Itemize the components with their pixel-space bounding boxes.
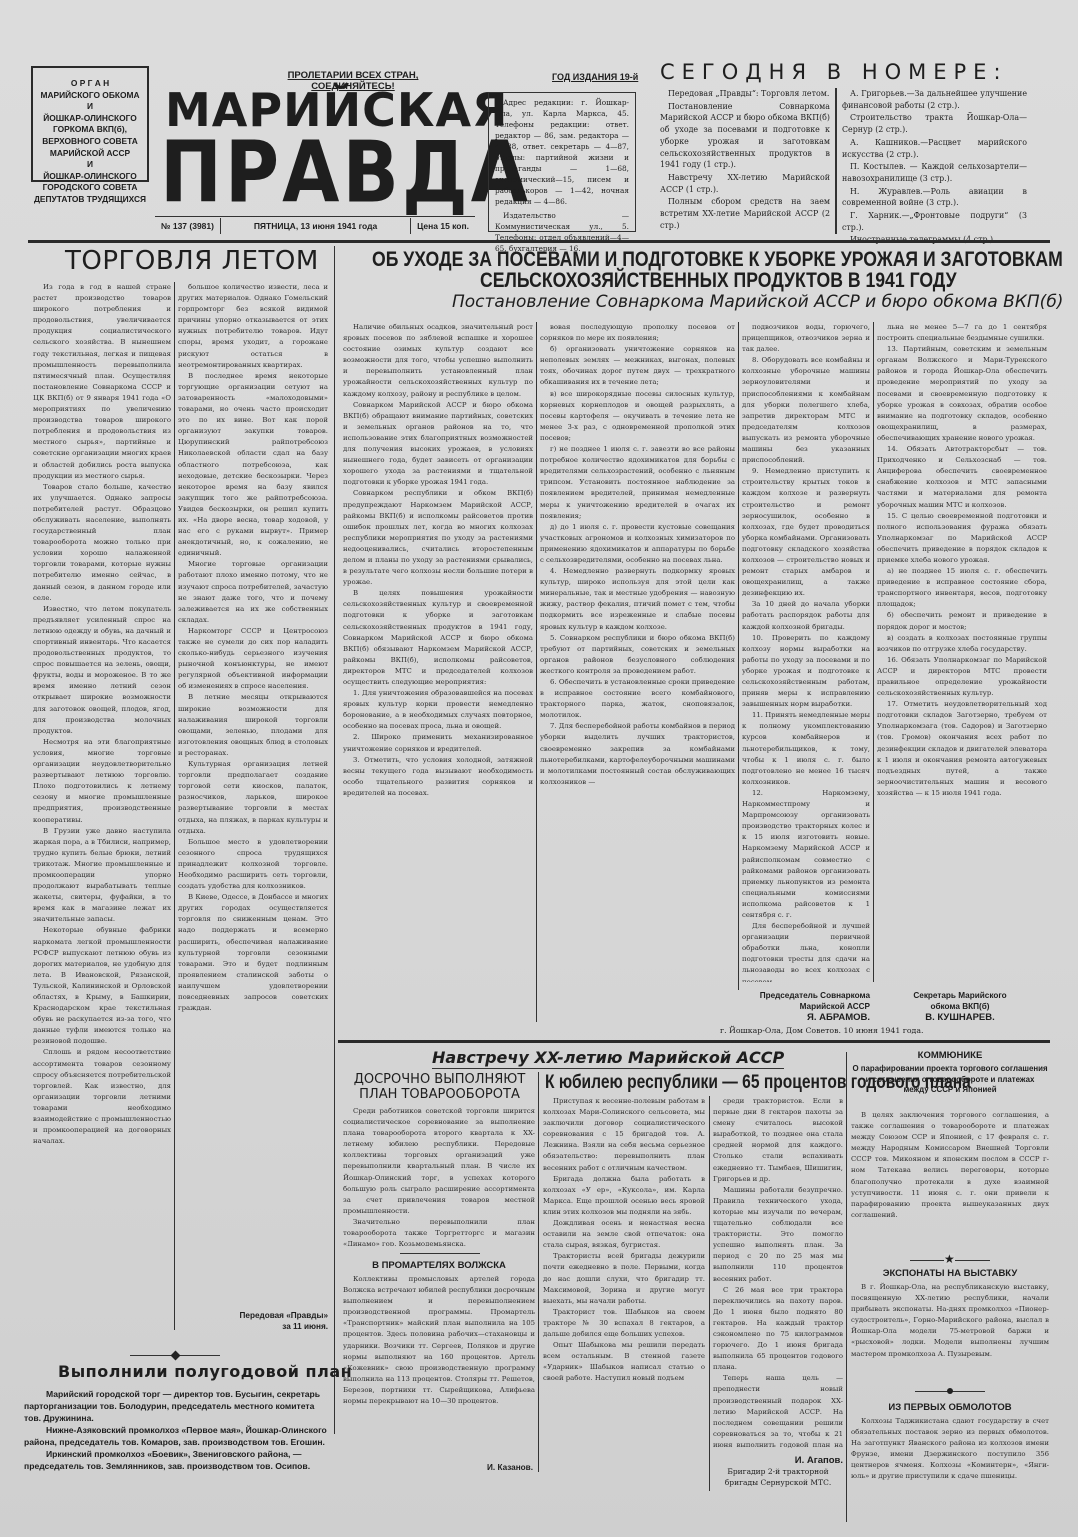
editorial-source: Передовая «Правды» за 11 июня. [200, 1310, 328, 1332]
article1-author: И. Казанов. [343, 1462, 533, 1473]
paragraph: 9. Немедленно приступить к строительству… [742, 466, 870, 599]
paragraph: Г. Харник.—„Фронтовые подруги“ (3 стр.). [842, 210, 1027, 233]
paragraph: 1. Для уничтожения образовавшейся на пос… [343, 688, 533, 732]
organ-line: ЙОШКАР-ОЛИНСКОГО [33, 113, 147, 125]
paragraph: Бригада должна была работать в колхозах … [543, 1174, 705, 1218]
paragraph: подвозчиков воды, горючего, прицепщиков,… [742, 322, 870, 355]
issue-row: № 137 (3981) ПЯТНИЦА, 13 июня 1941 года … [155, 216, 475, 235]
half-year-headline: Выполнили полугодовой план [58, 1362, 352, 1381]
today-list-left: Передовая „Правды“: Торговля летом.Поста… [660, 88, 830, 232]
communique-body: В целях заключения торгового соглашения,… [851, 1110, 1049, 1248]
signature-name: Я. АБРАМОВ. [740, 1012, 870, 1023]
issue-date: ПЯТНИЦА, 13 июня 1941 года [221, 221, 410, 231]
paragraph: Товаров стало больше, качество их улучша… [33, 482, 171, 604]
paragraph: г) не позднее 1 июля с. г. завезти во вс… [540, 444, 735, 522]
divider [334, 246, 335, 1434]
paragraph: 11. Принять немедленные меры к полному у… [742, 710, 870, 788]
half-year-item: Марийский городской торг — директор тов.… [24, 1388, 329, 1424]
paragraph: 17. Отметить неудовлетворительный ход по… [877, 699, 1047, 799]
year-of-publication: ГОД ИЗДАНИЯ 19-й [552, 72, 638, 82]
communique-label: КОММЮНИКЕ [850, 1050, 1050, 1061]
organ-line: И [33, 159, 147, 171]
paragraph: Постановление Совнаркома Марийской АССР … [660, 101, 830, 171]
paragraph: П. Костылев. — Каждой сельхозартели—наво… [842, 161, 1027, 184]
today-list-right: А. Григорьев.—За дальнейшее улучшение фи… [842, 88, 1027, 247]
paragraph: 3. Отметить, что условия холодной, затяж… [343, 755, 533, 799]
organ-line: ДЕПУТАТОВ ТРУДЯЩИХСЯ [33, 194, 147, 206]
ornament [915, 1391, 985, 1392]
paragraph: В Киеве, Одессе, в Донбассе и многих дру… [178, 892, 328, 1014]
paragraph: б) организовать уничтожение сорняков на … [540, 344, 735, 388]
paragraph: Культурная организация летней торговли п… [178, 759, 328, 837]
half-year-list: Марийский городской торг — директор тов.… [24, 1388, 329, 1472]
source-date: за 11 июня. [200, 1321, 328, 1332]
article2-col2: среди трактористов. Если в первые дни 8 … [713, 1096, 843, 1451]
ornament [130, 1355, 220, 1356]
signature-org: обкома ВКП(б) [900, 1001, 1020, 1012]
paragraph: 5. Совнарком республики и бюро обкома ВК… [540, 633, 735, 677]
organ-line: ГОРОДСКОГО СОВЕТА [33, 182, 147, 194]
resolution-col2: вовая последующую прополку посевов от со… [540, 322, 735, 1022]
organ-line: ЙОШКАР-ОЛИНСКОГО [33, 171, 147, 183]
paragraph: среди трактористов. Если в первые дни 8 … [713, 1096, 843, 1185]
paragraph: Н. Журавлев.—Роль авиации в современной … [842, 186, 1027, 209]
star-ornament: ★ [910, 1255, 990, 1261]
paragraph: 10. Проверить по каждому колхозу нормы в… [742, 633, 870, 711]
paragraph: 8. Оборудовать все комбайны и колхозные … [742, 355, 870, 466]
paragraph: Наркомторг СССР и Центросоюз также не су… [178, 626, 328, 693]
article2-col1: Приступая к весенне-полевым работам в ко… [543, 1096, 705, 1491]
paragraph: Для бесперебойной и лучшей организации п… [742, 921, 870, 982]
paragraph: Известно, что летом покупатель предъявля… [33, 604, 171, 737]
divider [835, 88, 837, 234]
paragraph: 16. Обязать Уполнаркомзаг по Марийской А… [877, 655, 1047, 699]
paragraph: 2. Широко применить механизированное уни… [343, 732, 533, 754]
resolution-col3: подвозчиков воды, горючего, прицепщиков,… [742, 322, 870, 982]
paragraph: А. Григорьев.—За дальнейшее улучшение фи… [842, 88, 1027, 111]
paragraph: Сплошь и рядом несоответствие ассортимен… [33, 1047, 171, 1147]
paragraph: 14. Обязать Автотракторсбыт — тов. Прихо… [877, 444, 1047, 511]
paragraph: Коллективы промысловых артелей города Во… [343, 1274, 535, 1407]
organ-line: ВЕРХОВНОГО СОВЕТА [33, 136, 147, 148]
exhibition-body: В г. Йошкар-Ола, на республиканскую выст… [851, 1282, 1049, 1386]
signature-secretary: Секретарь Марийского обкома ВКП(б) В. КУ… [900, 990, 1020, 1023]
paragraph: 13. Партийным, советским и земельным орг… [877, 344, 1047, 444]
exhibition-headline: ЭКСПОНАТЫ НА ВЫСТАВКУ [850, 1268, 1050, 1279]
newspaper-title-line2: ПРАВДА [160, 130, 465, 215]
newspaper-page: О Р Г А НМАРИЙСКОГО ОБКОМАИЙОШКАР-ОЛИНСК… [0, 0, 1078, 1537]
editorial-col1: Из года в год в нашей стране растет прои… [33, 282, 171, 1332]
divider [873, 322, 874, 982]
address-text: Адрес редакции: г. Йошкар-Ола, ул. Карла… [495, 97, 629, 207]
divider [536, 322, 537, 1022]
organ-line: МАРИЙСКОГО ОБКОМА [33, 90, 147, 102]
paragraph: В летние месяцы открываются широкие возм… [178, 692, 328, 759]
divider [538, 1072, 539, 1472]
organ-line: ГОРКОМА ВКП(б), [33, 124, 147, 136]
organ-box: О Р Г А НМАРИЙСКОГО ОБКОМАИЙОШКАР-ОЛИНСК… [31, 66, 149, 182]
section-rule [338, 1040, 1050, 1043]
paragraph: Многие торговые организации работают пло… [178, 559, 328, 626]
today-in-issue-title: СЕГОДНЯ В НОМЕРЕ: [660, 60, 1008, 84]
editorial-address: Адрес редакции: г. Йошкар-Ола, ул. Карла… [488, 92, 636, 232]
paragraph: в) все широкорядные посевы силосных куль… [540, 389, 735, 444]
paragraph: Из года в год в нашей стране растет прои… [33, 282, 171, 482]
signature-title: Секретарь Марийского [900, 990, 1020, 1001]
paragraph: 7. Для бесперебойной работы комбайнов в … [540, 721, 735, 788]
paragraph: а) не позднее 15 июля с. г. обеспечить п… [877, 566, 1047, 610]
divider [174, 282, 175, 1330]
issue-price: Цена 15 коп. [411, 221, 475, 231]
paragraph: Навстречу XX-летию Марийской АССР (1 стр… [660, 172, 830, 195]
paragraph: В Грузии уже давно наступила жаркая пора… [33, 826, 171, 926]
paragraph: Значительно перевыполнили план товарообо… [343, 1217, 535, 1246]
paragraph: 15. С целью своевременной подготовки и п… [877, 511, 1047, 566]
organ-line: О Р Г А Н [33, 78, 147, 90]
paragraph: Трактористы всей бригады дежурили почти … [543, 1251, 705, 1306]
paragraph: 12. Наркомзему, Наркомместпрому и Марпро… [742, 788, 870, 921]
paragraph: льна не менее 5—7 га до 1 сентября постр… [877, 322, 1047, 344]
paragraph: Машины работали безупречно. Правила техн… [713, 1185, 843, 1285]
communique-headline: О парафировании проекта торгового соглаш… [852, 1064, 1048, 1096]
resolution-col4: льна не менее 5—7 га до 1 сентября постр… [877, 322, 1047, 982]
exhibition-text: В г. Йошкар-Ола, на республиканскую выст… [851, 1282, 1049, 1360]
paragraph: Приступая к весенне-полевым работам в ко… [543, 1096, 705, 1174]
paragraph: Теперь наша цель — преподнести новый про… [713, 1373, 843, 1451]
resolution-headline-2: СЕЛЬСКОХОЗЯЙСТВЕННЫХ ПРОДУКТОВ В 1941 ГО… [480, 268, 957, 293]
paragraph: Большое место в удовлетворении сезонного… [178, 837, 328, 892]
editorial-col2: большое количество извести, леса и други… [178, 282, 328, 1302]
paragraph: 6. Обеспечить в установленные сроки прив… [540, 677, 735, 721]
organ-line: И [33, 101, 147, 113]
resolution-col1: Наличие обильных осадков, значительный р… [343, 322, 533, 1022]
threshing-headline: ИЗ ПЕРВЫХ ОБМОЛОТОВ [850, 1402, 1050, 1413]
place-date: г. Йошкар-Ола, Дом Советов. 10 июня 1941… [720, 1026, 923, 1035]
paragraph: 4. Немедленно развернуть подкормку яровы… [540, 566, 735, 633]
signature-title: Председатель Совнаркома [740, 990, 870, 1001]
article1-sub-headline: В ПРОМАРТЕЛЯХ ВОЛЖСКА [343, 1260, 535, 1271]
paragraph: Строительство тракта Йошкар-Ола—Сернур (… [842, 112, 1027, 135]
issue-number: № 137 (3981) [155, 221, 220, 231]
author-name: И. Агапов. [713, 1455, 843, 1466]
paragraph: вовая последующую прополку посевов от со… [540, 322, 735, 344]
resolution-subtitle: Постановление Совнаркома Марийской АССР … [452, 292, 1063, 312]
paragraph: Тракторист тов. Шабыков на своем трактор… [543, 1307, 705, 1340]
ornament [400, 1253, 480, 1254]
paragraph: Совнарком Марийской АССР и бюро обкома В… [343, 400, 533, 489]
paragraph: А. Кашников.—Расцвет марийского искусств… [842, 137, 1027, 160]
half-year-item: Иркинский промколхоз «Боевик», Звениговс… [24, 1448, 329, 1472]
author-role: Бригадир 2-й тракторной бригады Сернурск… [713, 1466, 843, 1488]
star-icon: ★ [944, 1253, 955, 1265]
paragraph: д) до 1 июля с. г. провести кустовые сов… [540, 522, 735, 566]
paragraph: За 10 дней до начала уборки работать рас… [742, 599, 870, 632]
editorial-headline: ТОРГОВЛЯ ЛЕТОМ [65, 246, 319, 276]
paragraph: В последнее время некоторые торгующие ор… [178, 371, 328, 560]
article2-author: И. Агапов. Бригадир 2-й тракторной брига… [713, 1455, 843, 1488]
organ-line: МАРИЙСКОЙ АССР [33, 148, 147, 160]
communique-text: В целях заключения торгового соглашения,… [851, 1110, 1049, 1221]
article1-sub-body: Коллективы промысловых артелей города Во… [343, 1274, 535, 1459]
paragraph: В целях повышения урожайности сельскохоз… [343, 588, 533, 688]
paragraph: С 26 мая все три трактора переключились … [713, 1285, 843, 1374]
paragraph: б) обеспечить ремонт и приведение в поря… [877, 610, 1047, 632]
divider [709, 1096, 710, 1491]
divider [846, 1052, 847, 1522]
divider [738, 322, 739, 990]
anniversary-section-title: Навстречу XX-летию Марийской АССР [432, 1048, 784, 1069]
paragraph: Совнарком республики и обком ВКП(б) пред… [343, 488, 533, 588]
masthead-rule [28, 240, 1050, 243]
paragraph: Наличие обильных осадков, значительный р… [343, 322, 533, 400]
signature-name: В. КУШНАРЕВ. [900, 1012, 1020, 1023]
paragraph: в) создать в колхозах постоянные группы … [877, 633, 1047, 655]
signature-org: Марийской АССР [740, 1001, 870, 1012]
paragraph: Передовая „Правды“: Торговля летом. [660, 88, 830, 100]
half-year-item: Нижне-Азяковский промколхоз «Первое мая»… [24, 1424, 329, 1448]
signature-chairman: Председатель Совнаркома Марийской АССР Я… [740, 990, 870, 1023]
paragraph: Некоторые обувные фабрики наркомата легк… [33, 925, 171, 1047]
paragraph: Среди работников советской торговли шири… [343, 1106, 535, 1217]
article1-headline: ДОСРОЧНО ВЫПОЛНЯЮТ ПЛАН ТОВАРООБОРОТА [342, 1072, 537, 1102]
article1-body: Среди работников советской торговли шири… [343, 1106, 535, 1246]
source-label: Передовая «Правды» [200, 1310, 328, 1321]
paragraph: Полным сбором средств на заем встретим X… [660, 196, 830, 231]
threshing-text: Колхозы Таджикистана сдают государству в… [851, 1416, 1049, 1483]
paragraph: Дождливая осень и ненастная весна остави… [543, 1218, 705, 1251]
threshing-body: Колхозы Таджикистана сдают государству в… [851, 1416, 1049, 1500]
paragraph: большое количество извести, леса и други… [178, 282, 328, 371]
paragraph: Несмотря на эти благоприятные условия, м… [33, 737, 171, 826]
paragraph: Опыт Шабыкова мы решили передать всем ос… [543, 1340, 705, 1384]
